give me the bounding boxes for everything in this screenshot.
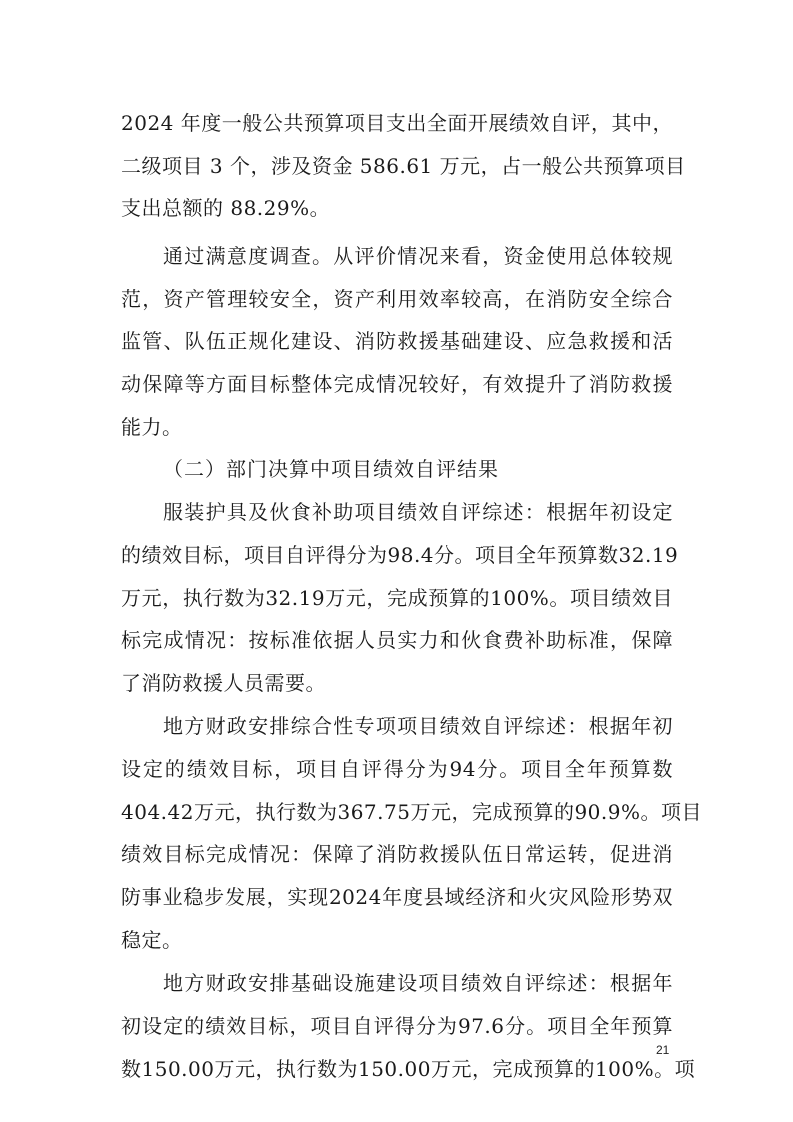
paragraph-4-line-2: 设定的绩效目标，项目自评得分为94分。项目全年预算数 — [121, 754, 673, 784]
paragraph-2-line-5: 能力。 — [121, 412, 673, 442]
paragraph-2-line-1: 通过满意度调查。从评价情况来看，资金使用总体较规 — [163, 241, 673, 271]
paragraph-5-line-2: 初设定的绩效目标，项目自评得分为97.6分。项目全年预算 — [121, 1011, 673, 1041]
paragraph-3-line-5: 了消防救援人员需要。 — [121, 668, 673, 698]
paragraph-1-line-2: 二级项目 3 个，涉及资金 586.61 万元，占一般公共预算项目 — [121, 151, 673, 181]
paragraph-1-line-1: 2024 年度一般公共预算项目支出全面开展绩效自评，其中， — [121, 108, 673, 138]
paragraph-2-line-3: 监管、队伍正规化建设、消防救援基础建设、应急救援和活 — [121, 326, 673, 356]
page-number: 21 — [656, 1043, 669, 1057]
paragraph-2-line-4: 动保障等方面目标整体完成情况较好，有效提升了消防救援 — [121, 369, 673, 399]
section-heading: （二）部门决算中项目绩效自评结果 — [163, 454, 499, 484]
paragraph-5-line-3: 数150.00万元，执行数为150.00万元，完成预算的100%。项 — [121, 1054, 673, 1084]
paragraph-5-line-1: 地方财政安排基础设施建设项目绩效自评综述：根据年 — [163, 968, 673, 998]
paragraph-3-line-4: 标完成情况：按标准依据人员实力和伙食费补助标准，保障 — [121, 625, 673, 655]
paragraph-4-line-5: 防事业稳步发展，实现2024年度县域经济和火灾风险形势双 — [121, 882, 673, 912]
paragraph-3-line-1: 服装护具及伙食补助项目绩效自评综述：根据年初设定 — [163, 497, 673, 527]
paragraph-4-line-1: 地方财政安排综合性专项项目绩效自评综述：根据年初 — [163, 711, 673, 741]
paragraph-4-line-3: 404.42万元，执行数为367.75万元，完成预算的90.9%。项目 — [121, 797, 673, 827]
document-page: 2024 年度一般公共预算项目支出全面开展绩效自评，其中， 二级项目 3 个，涉… — [0, 0, 793, 1122]
paragraph-4-line-4: 绩效目标完成情况：保障了消防救援队伍日常运转，促进消 — [121, 839, 673, 869]
paragraph-1-line-3: 支出总额的 88.29%。 — [121, 193, 673, 223]
paragraph-2-line-2: 范，资产管理较安全，资产利用效率较高，在消防安全综合 — [121, 284, 673, 314]
paragraph-3-line-3: 万元，执行数为32.19万元，完成预算的100%。项目绩效目 — [121, 583, 673, 613]
paragraph-3-line-2: 的绩效目标，项目自评得分为98.4分。项目全年预算数32.19 — [121, 540, 673, 570]
paragraph-4-line-6: 稳定。 — [121, 925, 673, 955]
